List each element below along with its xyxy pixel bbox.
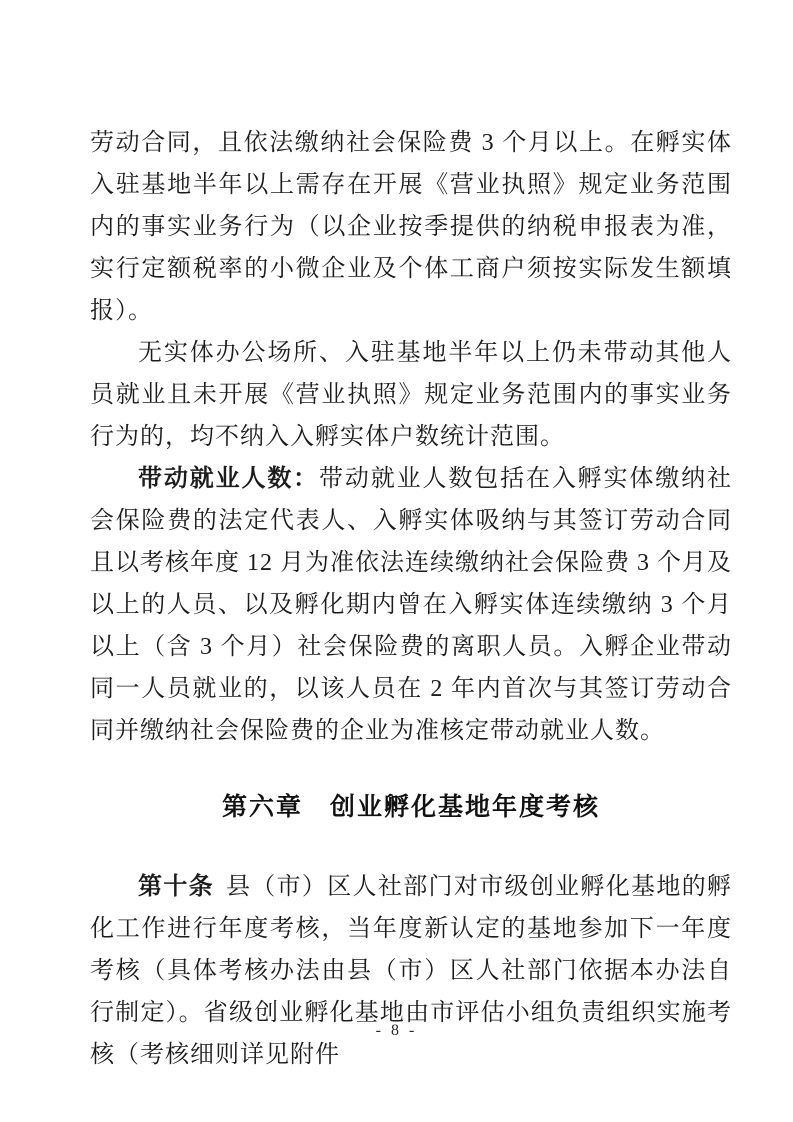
article-number: 第十条: [138, 873, 214, 900]
paragraph-text: 带动就业人数包括在入孵实体缴纳社会保险费的法定代表人、入孵实体吸纳与其签订劳动合…: [90, 466, 732, 744]
chapter-heading: 第六章 创业孵化基地年度考核: [90, 786, 732, 828]
document-body: 劳动合同，且依法缴纳社会保险费 3 个月以上。在孵实体入驻基地半年以上需存在开展…: [90, 122, 732, 1076]
paragraph-text: 劳动合同，且依法缴纳社会保险费 3 个月以上。在孵实体入驻基地半年以上需存在开展…: [90, 130, 732, 324]
definition-term: 带动就业人数：: [138, 465, 319, 492]
article-paragraph: 第十条县（市）区人社部门对市级创业孵化基地的孵化工作进行年度考核，当年度新认定的…: [90, 866, 732, 1076]
page-number: - 8 -: [0, 1022, 793, 1040]
document-page: 劳动合同，且依法缴纳社会保险费 3 个月以上。在孵实体入驻基地半年以上需存在开展…: [0, 0, 793, 1122]
body-paragraph: 无实体办公场所、入驻基地半年以上仍未带动其他人员就业且未开展《营业执照》规定业务…: [90, 332, 732, 458]
body-paragraph-continuation: 劳动合同，且依法缴纳社会保险费 3 个月以上。在孵实体入驻基地半年以上需存在开展…: [90, 122, 732, 332]
paragraph-text: 无实体办公场所、入驻基地半年以上仍未带动其他人员就业且未开展《营业执照》规定业务…: [90, 340, 732, 450]
body-paragraph-definition: 带动就业人数：带动就业人数包括在入孵实体缴纳社会保险费的法定代表人、入孵实体吸纳…: [90, 458, 732, 752]
